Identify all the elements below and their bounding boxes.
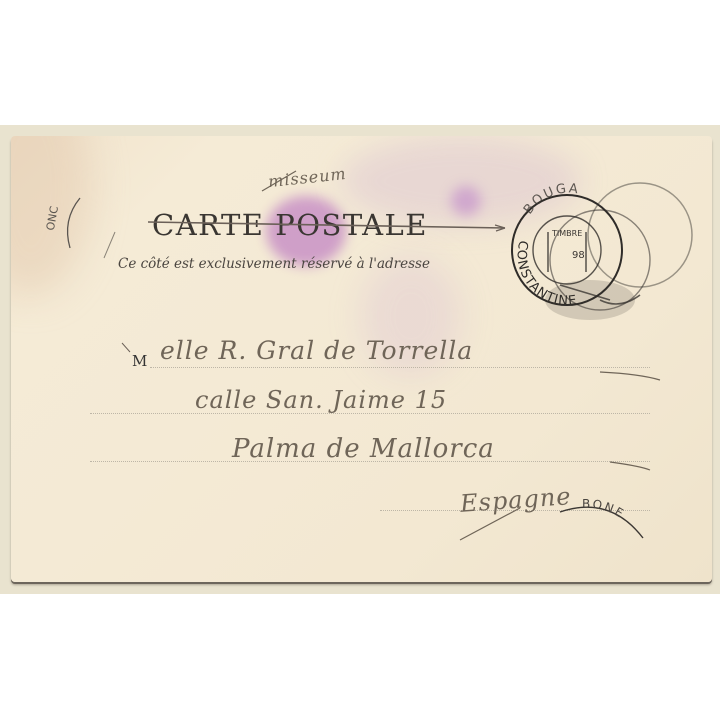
postmark-top-text: BOUGA — [521, 181, 581, 217]
postmark-bone-text: BONE — [582, 497, 628, 522]
marks-overlay: CONSTANTINE BOUGA TIMBRE 98 BONE ONC — [0, 0, 720, 720]
postmark-center-text: TIMBRE — [551, 229, 582, 238]
postmark-left-text: ONC — [44, 205, 61, 232]
postmark-date: 98 — [572, 250, 585, 261]
svg-text:BONE: BONE — [582, 497, 628, 522]
svg-text:BOUGA: BOUGA — [521, 181, 581, 217]
